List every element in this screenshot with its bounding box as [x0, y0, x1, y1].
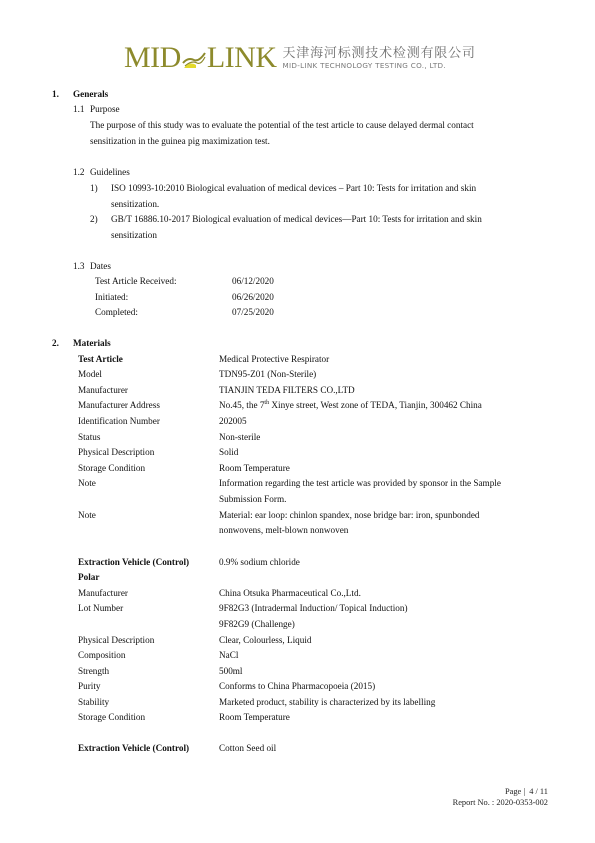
vehicle-polar-label-line1: Extraction Vehicle (Control)	[78, 557, 189, 567]
manufacturer-label: Manufacturer	[78, 385, 128, 395]
date-value-received: 06/12/2020	[232, 276, 274, 286]
address-post: Xinye street, West zone of TEDA, Tianjin…	[269, 400, 482, 410]
guideline-1-line2: sensitization.	[111, 199, 159, 209]
section-1-title: Generals	[73, 89, 108, 99]
test-article-value: Medical Protective Respirator	[219, 354, 329, 364]
test-article-label: Test Article	[78, 354, 123, 364]
note-2-line2: nonwovens, melt-blown nonwoven	[219, 525, 348, 535]
note-1-line1: Information regarding the test article w…	[219, 478, 546, 488]
model-value: TDN95-Z01 (Non-Sterile)	[219, 369, 316, 379]
page-separator: /	[536, 787, 538, 796]
purpose-text-line1: The purpose of this study was to evaluat…	[90, 120, 546, 130]
page-current: 4	[529, 787, 533, 796]
polar-composition-label: Composition	[78, 650, 125, 660]
guideline-2-line1: GB/T 16886.10-2017 Biological evaluation…	[111, 214, 546, 224]
date-label-initiated: Initiated:	[95, 292, 128, 302]
address-pre: No.45, the 7	[219, 400, 264, 410]
manufacturer-address-label: Manufacturer Address	[78, 400, 160, 410]
guideline-1-line1: ISO 10993-10:2010 Biological evaluation …	[111, 183, 546, 193]
report-number: Report No. : 2020-0353-002	[453, 798, 548, 807]
date-label-completed: Completed:	[95, 307, 138, 317]
polar-stability-value: Marketed product, stability is character…	[219, 697, 435, 707]
polar-manufacturer-label: Manufacturer	[78, 588, 128, 598]
vehicle-polar-value: 0.9% sodium chloride	[219, 557, 300, 567]
identification-number-label: Identification Number	[78, 416, 160, 426]
model-label: Model	[78, 369, 102, 379]
polar-lot-number-value: 9F82G3 (Intradermal Induction/ Topical I…	[219, 603, 408, 613]
vehicle-nonpolar-label: Extraction Vehicle (Control)	[78, 743, 189, 753]
polar-stability-label: Stability	[78, 697, 109, 707]
storage-condition-value: Room Temperature	[219, 463, 290, 473]
polar-storage-condition-label: Storage Condition	[78, 712, 145, 722]
page-number: Page | 4 / 11	[505, 787, 548, 796]
polar-physical-description-value: Clear, Colourless, Liquid	[219, 635, 312, 645]
subsection-1-3-title: Dates	[90, 261, 111, 271]
polar-manufacturer-value: China Otsuka Pharmaceutical Co.,Ltd.	[219, 588, 361, 598]
note-2-line1: Material: ear loop: chinlon spandex, nos…	[219, 510, 546, 520]
polar-lot-number-value-2: 9F82G9 (Challenge)	[219, 619, 295, 629]
polar-storage-condition-value: Room Temperature	[219, 712, 290, 722]
guideline-2-marker: 2)	[90, 214, 98, 224]
polar-composition-value: NaCl	[219, 650, 238, 660]
vehicle-nonpolar-value: Cotton Seed oil	[219, 743, 276, 753]
subsection-1-2-number: 1.2	[73, 167, 84, 177]
vehicle-polar-label-line2: Polar	[78, 572, 99, 582]
section-1-number: 1.	[52, 89, 59, 99]
note-2-label: Note	[78, 510, 96, 520]
subsection-1-1-number: 1.1	[73, 104, 84, 114]
polar-strength-label: Strength	[78, 666, 109, 676]
manufacturer-value: TIANJIN TEDA FILTERS CO.,LTD	[219, 385, 355, 395]
physical-description-label: Physical Description	[78, 447, 154, 457]
status-label: Status	[78, 432, 100, 442]
polar-purity-value: Conforms to China Pharmacopoeia (2015)	[219, 681, 375, 691]
company-logo: MID LINK 天津海河标测技术检测有限公司 MID-LINK TECHNOL…	[124, 41, 476, 75]
page-label: Page |	[505, 787, 525, 796]
polar-purity-label: Purity	[78, 681, 100, 691]
storage-condition-label: Storage Condition	[78, 463, 145, 473]
note-1-line2: Submission Form.	[219, 494, 286, 504]
guideline-2-line2: sensitization	[111, 230, 157, 240]
purpose-text-line2: sensitization in the guinea pig maximiza…	[90, 136, 270, 146]
physical-description-value: Solid	[219, 447, 238, 457]
date-value-initiated: 06/26/2020	[232, 292, 274, 302]
subsection-1-1-title: Purpose	[90, 104, 120, 114]
subsection-1-2-title: Guidelines	[90, 167, 130, 177]
company-name-cn: 天津海河标测技术检测有限公司	[283, 46, 476, 61]
polar-strength-value: 500ml	[219, 666, 242, 676]
date-label-received: Test Article Received:	[95, 276, 177, 286]
swoosh-icon	[182, 47, 206, 69]
status-value: Non-sterile	[219, 432, 260, 442]
company-name-en: MID-LINK TECHNOLOGY TESTING CO., LTD.	[283, 61, 476, 70]
logo-text-right: LINK	[207, 43, 277, 73]
manufacturer-address-value: No.45, the 7th Xinye street, West zone o…	[219, 400, 482, 410]
subsection-1-3-number: 1.3	[73, 261, 84, 271]
page-total: 11	[540, 787, 548, 796]
logo-text-left: MID	[124, 43, 181, 73]
section-2-title: Materials	[73, 338, 111, 348]
note-1-label: Note	[78, 478, 96, 488]
polar-physical-description-label: Physical Description	[78, 635, 154, 645]
date-value-completed: 07/25/2020	[232, 307, 274, 317]
guideline-1-marker: 1)	[90, 183, 98, 193]
logo-wordmark: MID LINK	[124, 43, 277, 73]
identification-number-value: 202005	[219, 416, 247, 426]
polar-lot-number-label: Lot Number	[78, 603, 123, 613]
section-2-number: 2.	[52, 338, 59, 348]
